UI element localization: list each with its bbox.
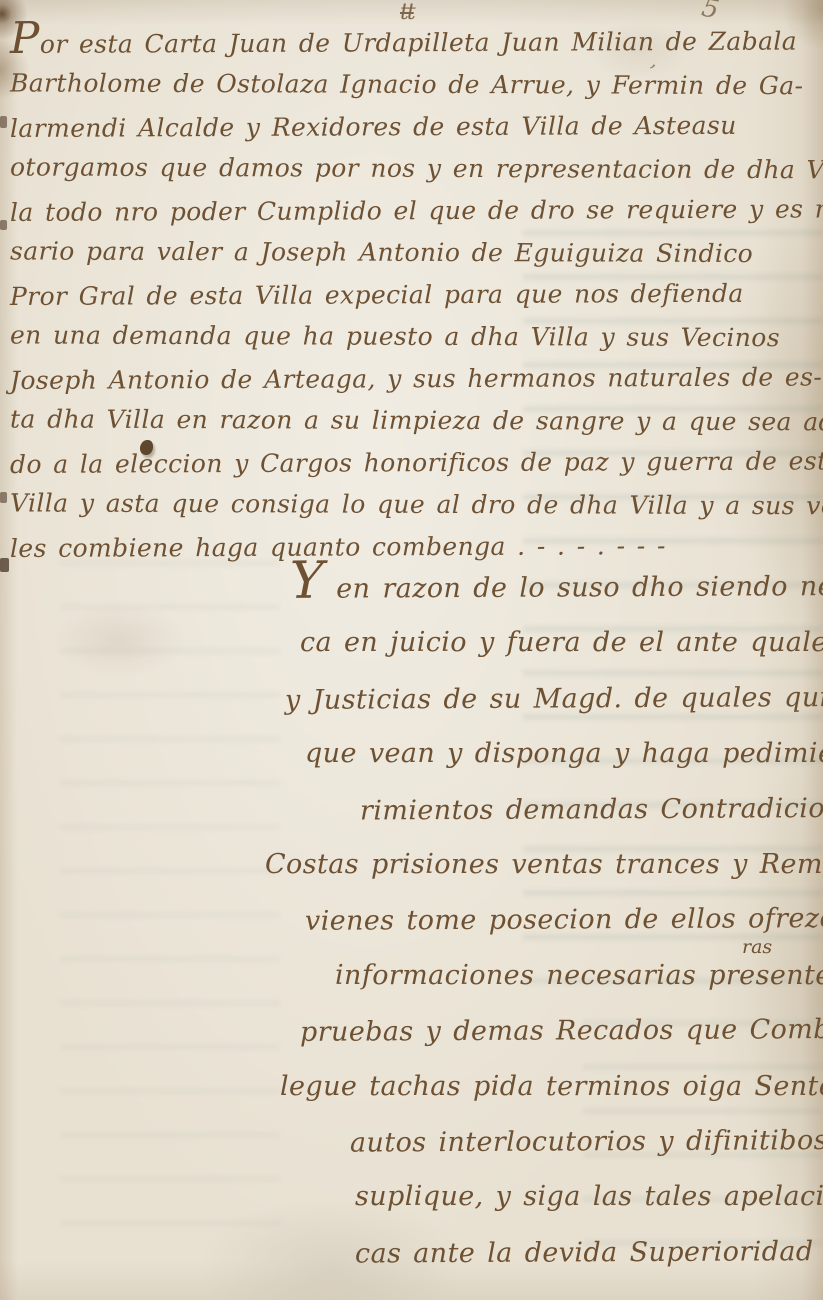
manuscript-line: legue tachas pida terminos oiga Sentenci… [265, 1059, 823, 1114]
manuscript-line: ca en juicio y fuera de el ante quales q… [265, 615, 823, 670]
manuscript-line: Por esta Carta Juan de Urdapilleta Juan … [10, 20, 823, 66]
manuscript-line: otorgamos que damos por nos y en represe… [10, 146, 823, 191]
edge-nick [0, 492, 7, 503]
manuscript-line: la todo nro poder Cumplido el que de dro… [10, 188, 823, 234]
manuscript-page: tt 5 , Por esta Carta Juan de Urdapillet… [0, 0, 823, 1300]
manuscript-line: do a la eleccion y Cargos honorificos de… [10, 440, 823, 486]
manuscript-line: cas ante la devida Superioridad y Sobsti… [265, 1223, 823, 1282]
manuscript-line: Joseph Antonio de Arteaga, y sus hermano… [10, 356, 823, 402]
manuscript-line: suplique, y siga las tales apelaciones y… [265, 1169, 823, 1224]
manuscript-line: y Justicias de su Magd. de quales quiera… [265, 669, 823, 728]
power-clause-paragraph: Y en razon de lo suso dho siendo necesar… [265, 560, 823, 1280]
manuscript-line: pruebas y demas Recados que Combengan à [265, 1001, 823, 1060]
manuscript-line: Villa y asta que consiga lo que al dro d… [10, 482, 823, 527]
ink-bleedthrough-center [60, 560, 280, 1260]
manuscript-line: sario para valer a Joseph Antonio de Egu… [10, 230, 823, 275]
manuscript-line: rimientos demandas Contradiciones embarg… [265, 780, 823, 839]
manuscript-line: ta dha Villa en razon a su limpieza de s… [10, 398, 823, 443]
manuscript-line: Bartholome de Ostolaza Ignacio de Arrue,… [10, 62, 823, 107]
edge-nick [0, 558, 9, 572]
manuscript-line: en una demanda que ha puesto a dha Villa… [10, 314, 823, 359]
manuscript-line: que vean y disponga y haga pedimientos R… [265, 726, 823, 781]
opening-paragraph: Por esta Carta Juan de Urdapilleta Juan … [10, 22, 823, 568]
edge-nick [0, 220, 7, 230]
manuscript-line: Y en razon de lo suso dho siendo necesar… [265, 558, 823, 617]
manuscript-line: Costas prisiones ventas trances y Remate… [265, 837, 823, 892]
manuscript-line: autos interlocutorios y difinitibos apel… [265, 1112, 823, 1171]
manuscript-line: larmendi Alcalde y Rexidores de esta Vil… [10, 104, 823, 150]
edge-nick [0, 116, 7, 128]
manuscript-line: Pror Gral de esta Villa expecial para qu… [10, 272, 823, 318]
manuscript-line: vienes tome posecion de ellos ofrezca y … [265, 890, 823, 949]
interlinear-insertion: ras [742, 936, 772, 958]
manuscript-line: informaciones necesarias presente dros t… [265, 948, 823, 1003]
